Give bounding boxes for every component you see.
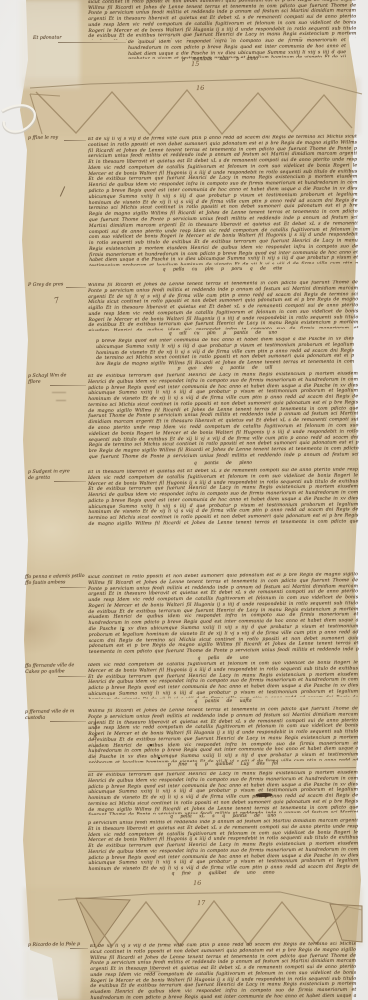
turnup-corner-flap-right	[330, 904, 362, 942]
margin-note-ffernande-ville: ffo ffernande ville de Cakes po quilibe	[25, 663, 87, 675]
margin-note-custodia: p ffernand ville de m custodia	[25, 709, 85, 721]
text-block-8: Et de exitibus terrarum que fuerunt Henr…	[88, 770, 358, 815]
margin-connector	[64, 140, 86, 141]
margin-connector	[66, 287, 86, 288]
text-block-2b: p breve Regis quod est inter communia de…	[96, 337, 354, 366]
membrane-number-17-head: 17	[197, 899, 206, 907]
text-block-bottom: Et de xij li vj s viij d de firma ville …	[90, 942, 356, 1000]
text-block-1: Et de xij li vj s viij d de firma ville …	[88, 134, 358, 266]
text-block-6: Idem vic redd compotum de catallis fugit…	[88, 660, 358, 699]
text-block-9: p servicium unius feodi militis et redde…	[88, 818, 358, 872]
text-block-7: Willms fil Ricardi et Johes de Lenne ten…	[88, 706, 359, 763]
membrane-number-15: 15	[191, 60, 200, 68]
smudge	[148, 971, 160, 972]
margin-connector	[58, 42, 126, 43]
ink-speck	[158, 757, 160, 759]
smudge	[52, 392, 66, 393]
text-block-5: sicut continet in rotlo ppositi et non d…	[88, 572, 359, 655]
manuscript-photo: Et de xij li vj s viij d de firma ville …	[0, 0, 368, 1000]
margin-note-sudgest: p Sudgest in eyre de gretta	[28, 469, 86, 481]
text-block-2: Willms fil Ricardi et Johes de Lenne ten…	[88, 280, 358, 331]
ink-speck	[150, 744, 152, 746]
margin-note-schayl: p Schayl Wm de fflore	[28, 373, 83, 385]
pale-wash-bottom-left	[24, 948, 80, 1000]
margin-connector	[54, 481, 86, 482]
text-block-top: Et de xij li vj s viij d de firma ville …	[88, 0, 356, 40]
text-block-3: Et de exitibus terrarum que fuerunt Henr…	[88, 371, 359, 460]
margin-note-perdonatur: Et pdonatur	[33, 35, 85, 42]
ink-blot-correction	[256, 793, 272, 797]
membrane-number-16-head: 16	[196, 84, 205, 92]
margin-connector	[50, 385, 86, 386]
ink-speck	[122, 629, 124, 631]
margin-connector	[60, 587, 86, 588]
margin-connector	[50, 721, 86, 722]
turnup-corner-flap-left	[76, 898, 130, 948]
margin-connector	[58, 676, 86, 677]
smudge	[56, 400, 66, 401]
stray-glyph: o	[142, 967, 145, 973]
margin-connector	[70, 948, 88, 949]
margin-note-penna: ffo penna e adamis pstllo ffo fautis amb…	[25, 574, 87, 586]
text-block-4: Et in thesauro liberavit et quietus est …	[88, 467, 359, 526]
